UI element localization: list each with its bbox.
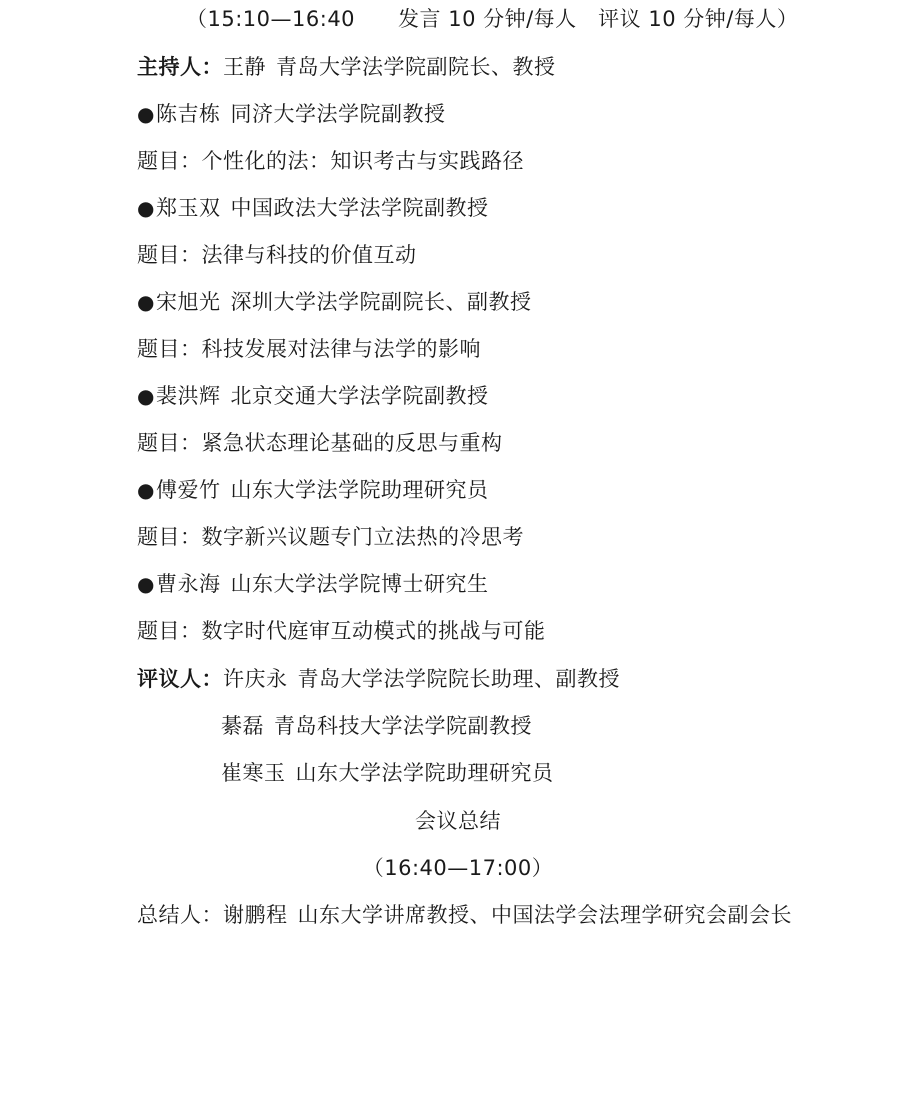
speaker-line: ●裴洪辉北京交通大学法学院副教授 (137, 381, 488, 411)
topic-line: 题目：法律与科技的价值互动 (137, 240, 417, 270)
speaker-name: 曹永海 (156, 572, 221, 596)
commentator-affiliation: 青岛科技大学法学院副教授 (274, 714, 532, 738)
topic-label: 题目： (137, 525, 202, 549)
speaker-line: ●宋旭光深圳大学法学院副院长、副教授 (137, 287, 531, 317)
topic-label: 题目： (137, 619, 202, 643)
topic-line: 题目：紧急状态理论基础的反思与重构 (137, 428, 503, 458)
summarizer-line: 总结人：谢鹏程山东大学讲席教授、中国法学会法理学研究会副会长 (137, 900, 792, 930)
topic-label: 题目： (137, 243, 202, 267)
topic-label: 题目： (137, 431, 202, 455)
topic-text: 紧急状态理论基础的反思与重构 (202, 431, 503, 455)
speaker-name: 傅爱竹 (156, 478, 221, 502)
host-label: 主持人： (137, 55, 223, 79)
host-name: 王静 (223, 55, 266, 79)
bullet-icon: ● (137, 290, 155, 314)
speaker-affiliation: 同济大学法学院副教授 (230, 102, 445, 126)
topic-label: 题目： (137, 337, 202, 361)
bullet-icon: ● (137, 478, 155, 502)
speaker-affiliation: 山东大学法学院博士研究生 (230, 572, 488, 596)
summary-title: 会议总结 (8, 806, 900, 836)
speaker-affiliation: 北京交通大学法学院副教授 (230, 384, 488, 408)
bullet-icon: ● (137, 572, 155, 596)
commentator-line: 崔寒玉山东大学法学院助理研究员 (221, 758, 554, 788)
host-title: 青岛大学法学院副院长、教授 (276, 55, 556, 79)
speaker-name: 宋旭光 (156, 290, 221, 314)
speaker-line: ●曹永海山东大学法学院博士研究生 (137, 569, 488, 599)
commentator-affiliation: 山东大学法学院助理研究员 (296, 761, 554, 785)
commentator-label: 评议人： (137, 667, 223, 691)
commentator-name: 许庆永 (223, 667, 288, 691)
topic-label: 题目： (137, 149, 202, 173)
bullet-icon: ● (137, 384, 155, 408)
summarizer-label: 总结人： (137, 903, 223, 927)
topic-line: 题目：数字时代庭审互动模式的挑战与可能 (137, 616, 546, 646)
summary-time: （16:40—17:00） (8, 853, 900, 883)
commentator-name: 綦磊 (221, 714, 264, 738)
speaker-name: 陈吉栋 (156, 102, 221, 126)
commentator-name: 崔寒玉 (221, 761, 286, 785)
summarizer-title: 山东大学讲席教授、中国法学会法理学研究会副会长 (298, 903, 793, 927)
speaker-affiliation: 中国政法大学法学院副教授 (230, 196, 488, 220)
topic-text: 数字新兴议题专门立法热的冷思考 (202, 525, 525, 549)
topic-text: 数字时代庭审互动模式的挑战与可能 (202, 619, 546, 643)
host-line: 主持人：王静青岛大学法学院副院长、教授 (137, 52, 556, 82)
topic-line: 题目：数字新兴议题专门立法热的冷思考 (137, 522, 524, 552)
speaker-line: ●傅爱竹山东大学法学院助理研究员 (137, 475, 488, 505)
topic-text: 法律与科技的价值互动 (202, 243, 417, 267)
topic-line: 题目：科技发展对法律与法学的影响 (137, 334, 481, 364)
bullet-icon: ● (137, 102, 155, 126)
commentator-line: 綦磊青岛科技大学法学院副教授 (221, 711, 532, 741)
session-time: （15:10—16:40 发言 10 分钟/每人 评议 10 分钟/每人） (186, 4, 798, 34)
speaker-affiliation: 深圳大学法学院副院长、副教授 (230, 290, 531, 314)
speaker-name: 裴洪辉 (156, 384, 221, 408)
speaker-name: 郑玉双 (156, 196, 221, 220)
bullet-icon: ● (137, 196, 155, 220)
topic-text: 个性化的法：知识考古与实践路径 (202, 149, 525, 173)
commentator-line: 评议人：许庆永青岛大学法学院院长助理、副教授 (137, 664, 620, 694)
commentator-affiliation: 青岛大学法学院院长助理、副教授 (298, 667, 621, 691)
speaker-line: ●陈吉栋同济大学法学院副教授 (137, 99, 445, 129)
summarizer-name: 谢鹏程 (223, 903, 288, 927)
topic-text: 科技发展对法律与法学的影响 (202, 337, 482, 361)
speaker-affiliation: 山东大学法学院助理研究员 (230, 478, 488, 502)
topic-line: 题目：个性化的法：知识考古与实践路径 (137, 146, 524, 176)
speaker-line: ●郑玉双中国政法大学法学院副教授 (137, 193, 488, 223)
